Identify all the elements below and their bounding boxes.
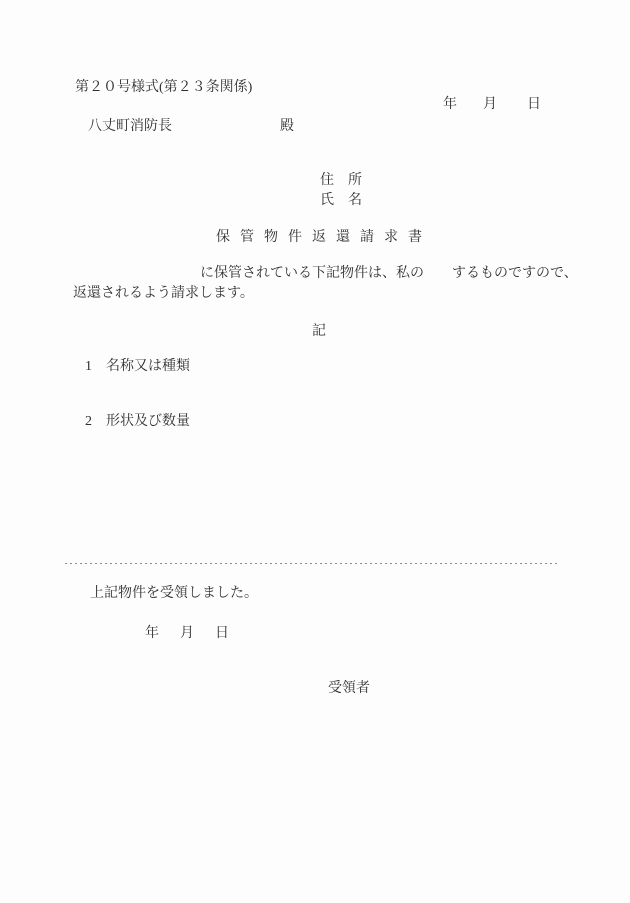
address-label: 住 所 [320, 172, 362, 190]
form-page: 第２０号様式(第２３条関係) 年 月 日 八丈町消防長 殿 住 所 氏 名 保管… [0, 0, 630, 903]
document-title: 保管物件返還請求書 [216, 229, 432, 247]
form-number: 第２０号様式(第２３条関係) [75, 79, 252, 97]
list-item-shape-and-quantity: 2 形状及び数量 [85, 413, 190, 431]
addressee-honorific: 殿 [280, 118, 294, 136]
receipt-date-year-label: 年 [145, 625, 159, 643]
dotted-separator [65, 563, 557, 565]
body-text-line1: に保管されている下記物件は、私の するものですので、 [200, 265, 578, 283]
list-heading: 記 [312, 323, 326, 341]
addressee: 八丈町消防長 [88, 118, 172, 136]
receipt-note: 上記物件を受領しました。 [90, 585, 258, 603]
name-label: 氏 名 [320, 192, 362, 210]
issue-date-month-label: 月 [483, 96, 497, 114]
issue-date-year-label: 年 [443, 96, 457, 114]
body-text-line2: 返還されるよう請求します。 [73, 285, 254, 303]
receipt-date-day-label: 日 [215, 625, 229, 643]
issue-date-day-label: 日 [527, 96, 541, 114]
receipt-date-month-label: 月 [180, 625, 194, 643]
list-item-name-or-type: 1 名称又は種類 [85, 358, 190, 376]
receiver-label: 受領者 [328, 680, 370, 698]
